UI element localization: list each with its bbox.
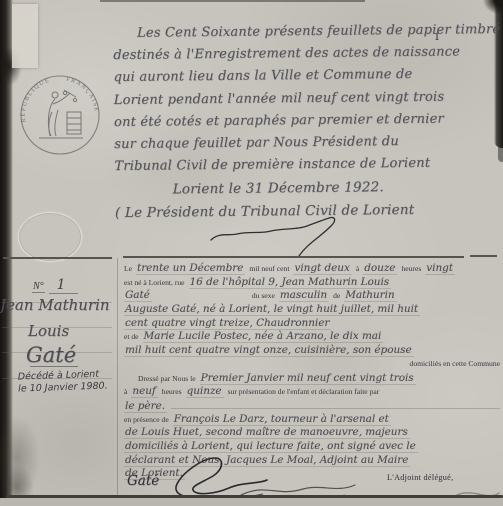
child-surname: Gaté xyxy=(26,343,76,367)
embossed-seal xyxy=(18,212,82,262)
attestation-line: ont été cotés et paraphés par premier et… xyxy=(114,108,502,134)
attestation-line: Tribunal Civil de première instance de L… xyxy=(114,152,502,178)
president-signature xyxy=(205,208,355,258)
handwritten-entry: cent quatre vingt treize, Chaudronnier xyxy=(124,317,331,330)
attestation-line: destinés à l'Enregistrement des actes de… xyxy=(113,41,501,67)
act-number-value: 1 xyxy=(49,277,78,294)
act-header-rule xyxy=(123,256,464,258)
act-line: cent quatre vingt treize, Chaudronnier xyxy=(124,317,500,331)
handwritten-entry: Premier Janvier mil neuf cent vingt troi… xyxy=(200,372,416,385)
act-line: le père. xyxy=(124,399,500,413)
printed-form-text: Dressé par Nous le xyxy=(138,373,196,385)
handwritten-entry: le père. xyxy=(124,400,167,413)
handwritten-entry: Marie Lucile Postec, née à Arzano, le di… xyxy=(143,330,384,343)
margin-header-rule xyxy=(3,257,112,259)
child-name-line: Louis xyxy=(28,322,69,340)
next-page-edge xyxy=(0,498,503,506)
act-line: Gatédu sexemasculindeMathurin xyxy=(124,289,500,303)
act-line: Auguste Gaté, né à Lorient, le vingt hui… xyxy=(124,303,500,317)
margin-divider-line xyxy=(117,258,118,497)
printed-form-text: à xyxy=(124,386,127,398)
act-line: en présence deFrançois Le Darz, tourneur… xyxy=(124,413,500,427)
handwritten-entry: mil huit cent quatre vingt onze, cuisini… xyxy=(124,344,414,357)
gate-signature: Gaté xyxy=(127,473,159,489)
page-corner-shadow xyxy=(483,0,503,15)
printed-form-text: heures xyxy=(162,386,182,398)
handwritten-entry: Mathurin xyxy=(344,289,396,302)
act-header-rule-dash xyxy=(470,255,497,257)
printed-form-text: de xyxy=(333,290,340,302)
act-line: mil huit cent quatre vingt onze, cuisini… xyxy=(124,344,500,358)
handwritten-entry: neuf xyxy=(131,385,157,398)
handwritten-entry: 16 de l'hôpital 9, Jean Mathurin Louis xyxy=(189,276,392,289)
act-number-label: N° xyxy=(32,281,45,293)
act-number: N° 1 xyxy=(32,276,78,294)
tape-patch xyxy=(12,4,38,68)
margin-note-dash xyxy=(30,366,78,367)
attestation-block: Les Cent Soixante présents feuillets de … xyxy=(113,19,503,224)
handwritten-entry: vingt xyxy=(425,262,455,275)
act-line: Letrente un Décembremil neuf centvingt d… xyxy=(124,262,500,276)
printed-form-text: à xyxy=(356,263,359,275)
handwritten-entry: masculin xyxy=(279,289,329,302)
handwritten-entry: quinze xyxy=(186,385,224,398)
printed-form-text: Le xyxy=(124,263,132,275)
printed-form-text: mil neuf cent xyxy=(249,263,289,275)
printed-form-text: est né à Lorient, rue xyxy=(124,277,185,289)
svg-text:FRANÇAISE: FRANÇAISE xyxy=(66,77,100,114)
printed-form-text: et de xyxy=(124,331,139,343)
act-margin-column: N° 1 Jean Mathurin Louis Gaté Décédé à L… xyxy=(2,270,115,496)
act-line: de Louis Huet, second maître de manoeuvr… xyxy=(124,426,500,440)
handwritten-entry: Auguste Gaté, né à Lorient, le vingt hui… xyxy=(124,303,420,316)
printed-form-text: heures xyxy=(401,263,421,275)
page-bottom-edge-line xyxy=(6,495,503,498)
act-line: et deMarie Lucile Postec, née à Arzano, … xyxy=(124,330,500,344)
handwritten-entry: trente un Décembre xyxy=(136,262,245,275)
act-line: Dressé par Nous lePremier Janvier mil ne… xyxy=(124,372,500,386)
page-top-edge-line xyxy=(100,0,365,2)
printed-form-text: domiciliés en cette Commune xyxy=(410,358,500,370)
printed-form-text: du sexe xyxy=(252,290,275,302)
justice-figure-icon xyxy=(39,90,83,138)
adjoint-delegue-label: L'Adjoint délégué, xyxy=(387,473,453,482)
printed-form-text: sur présentation de l'enfant et déclarat… xyxy=(228,386,380,398)
handwritten-entry: François Le Darz, tourneur à l'arsenal e… xyxy=(173,413,391,426)
handwritten-entry: douze xyxy=(363,262,397,275)
handwritten-entry: Gaté xyxy=(124,289,152,302)
birth-act-body: Letrente un Décembremil neuf centvingt d… xyxy=(124,262,500,481)
death-note-line: le 10 Janvier 1980. xyxy=(18,380,108,395)
blank-underline xyxy=(171,399,500,409)
act-line: àneufheuresquinzesur présentation de l'e… xyxy=(124,385,500,399)
handwritten-entry: vingt deux xyxy=(293,262,351,275)
act-line: domiciliés en cette Commune xyxy=(124,358,500,372)
child-name-line: Jean Mathurin xyxy=(0,296,110,314)
handwritten-entry: de Louis Huet, second maître de manoeuvr… xyxy=(124,426,410,439)
scanned-register-page: RÉPUBLIQUE FRANÇAISE 1 Les Cent Soixante… xyxy=(0,0,503,506)
death-marginal-note: Décédé à Lorient le 10 Janvier 1980. xyxy=(18,368,108,395)
act-line: est né à Lorient, rue16 de l'hôpital 9, … xyxy=(124,276,500,290)
republique-francaise-seal-icon: RÉPUBLIQUE FRANÇAISE xyxy=(17,72,103,158)
printed-form-text: en présence de xyxy=(124,414,169,426)
